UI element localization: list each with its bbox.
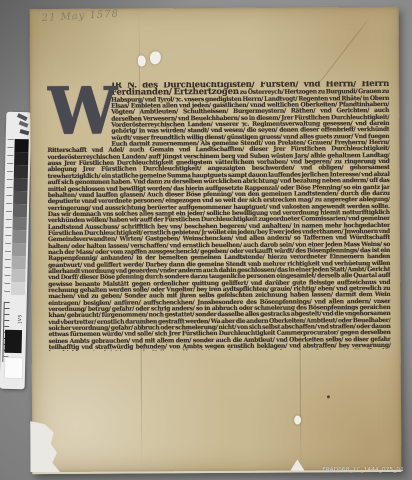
calibration-mark — [20, 129, 30, 135]
calibration-mark — [17, 113, 28, 121]
calibration-mark — [19, 121, 29, 128]
gray-patch — [13, 217, 27, 230]
document-paper: 21 May 1578 WJR N. des Durchleuchtigiste… — [30, 7, 402, 474]
ink-fleck — [327, 395, 330, 398]
torn-corner-patch — [30, 421, 68, 472]
gray-patch — [14, 152, 28, 165]
scan-background: JVS 21 May 1578 WJR N. des Durchleuchtig… — [0, 0, 412, 480]
printed-text-block: WJR N. des Durchleuchtigisten/ Fürsten/ … — [47, 81, 391, 351]
paper-chip — [290, 459, 304, 470]
gray-patch — [13, 204, 27, 217]
paper-damage-spot — [294, 415, 301, 424]
gray-patch — [12, 256, 26, 269]
handwritten-date-note: 21 May 1578 — [41, 9, 119, 25]
black-reference-patch — [4, 330, 22, 353]
gray-patch — [13, 191, 27, 204]
calibration-strip-header — [6, 112, 32, 139]
grayscale-patches — [11, 139, 29, 295]
gray-patch — [13, 178, 27, 191]
gray-patch — [12, 230, 26, 243]
gray-patch — [14, 139, 28, 152]
calibration-strip-footer: JVS — [0, 302, 27, 390]
gray-patch — [14, 165, 28, 178]
initial-w: W — [47, 82, 107, 147]
calibration-strip: JVS — [0, 112, 31, 390]
gray-patch — [11, 282, 25, 295]
calibration-label: JVS — [18, 314, 23, 323]
archive-reference-id: FRAD068_1C_1444_075_01 — [322, 467, 404, 473]
paper-damage-spot — [138, 55, 146, 66]
paper-damage-spot — [150, 51, 161, 64]
gray-patch — [11, 269, 25, 282]
white-reference-patch — [4, 357, 24, 379]
gray-patch — [12, 243, 26, 256]
